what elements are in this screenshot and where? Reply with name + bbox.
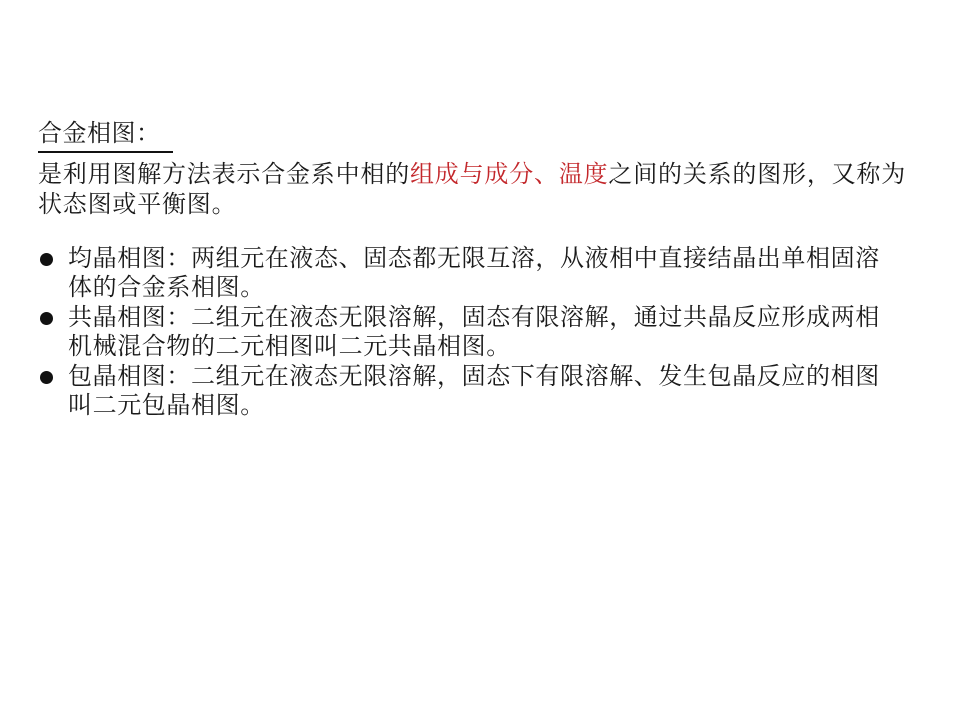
bullet-text: 包晶相图：二组元在液态无限溶解，固态下有限溶解、发生包晶反应的相图 叫二元包晶相… [68, 363, 880, 421]
intro-highlight-separator: 、 [534, 162, 559, 188]
slide-title: 合金相图： [38, 119, 910, 153]
bullet-text-line: 机械混合物的二元相图叫二元共晶相图。 [68, 333, 880, 362]
bullet-text-line: 共晶相图：二组元在液态无限溶解，固态有限溶解，通过共晶反应形成两相 [68, 304, 880, 333]
bullet-icon [40, 371, 53, 384]
intro-text-black-2: 之间的关系的图形，又称为 [608, 162, 906, 188]
slide: 合金相图： 是利用图解方法表示合金系中相的组成与成分、温度之间的关系的图形，又称… [0, 0, 960, 720]
bullet-icon [40, 312, 53, 325]
bullet-item-isomorphous: 均晶相图：两组元在液态、固态都无限互溶，从液相中直接结晶出单相固溶 体的合金系相… [38, 245, 910, 303]
bullet-icon [40, 253, 53, 266]
bullet-item-eutectic: 共晶相图：二组元在液态无限溶解，固态有限溶解，通过共晶反应形成两相 机械混合物的… [38, 304, 910, 362]
slide-content: 合金相图： 是利用图解方法表示合金系中相的组成与成分、温度之间的关系的图形，又称… [38, 119, 910, 422]
intro-highlight-temperature: 温度 [559, 162, 609, 188]
bullet-text: 共晶相图：二组元在液态无限溶解，固态有限溶解，通过共晶反应形成两相 机械混合物的… [68, 304, 880, 362]
bullet-list: 均晶相图：两组元在液态、固态都无限互溶，从液相中直接结晶出单相固溶 体的合金系相… [38, 245, 910, 421]
slide-title-text: 合金相图： [38, 119, 173, 153]
bullet-text-line: 包晶相图：二组元在液态无限溶解，固态下有限溶解、发生包晶反应的相图 [68, 363, 880, 392]
bullet-text-line: 均晶相图：两组元在液态、固态都无限互溶，从液相中直接结晶出单相固溶 [68, 245, 880, 274]
intro-line-2: 状态图或平衡图。 [38, 190, 910, 220]
bullet-text-line: 叫二元包晶相图。 [68, 392, 880, 421]
intro-paragraph: 是利用图解方法表示合金系中相的组成与成分、温度之间的关系的图形，又称为 状态图或… [38, 160, 910, 220]
bullet-item-peritectic: 包晶相图：二组元在液态无限溶解，固态下有限溶解、发生包晶反应的相图 叫二元包晶相… [38, 363, 910, 421]
bullet-text-line: 体的合金系相图。 [68, 274, 880, 303]
bullet-text: 均晶相图：两组元在液态、固态都无限互溶，从液相中直接结晶出单相固溶 体的合金系相… [68, 245, 880, 303]
intro-highlight-composition: 组成与成分 [410, 162, 534, 188]
intro-text-black-1: 是利用图解方法表示合金系中相的 [38, 162, 410, 188]
